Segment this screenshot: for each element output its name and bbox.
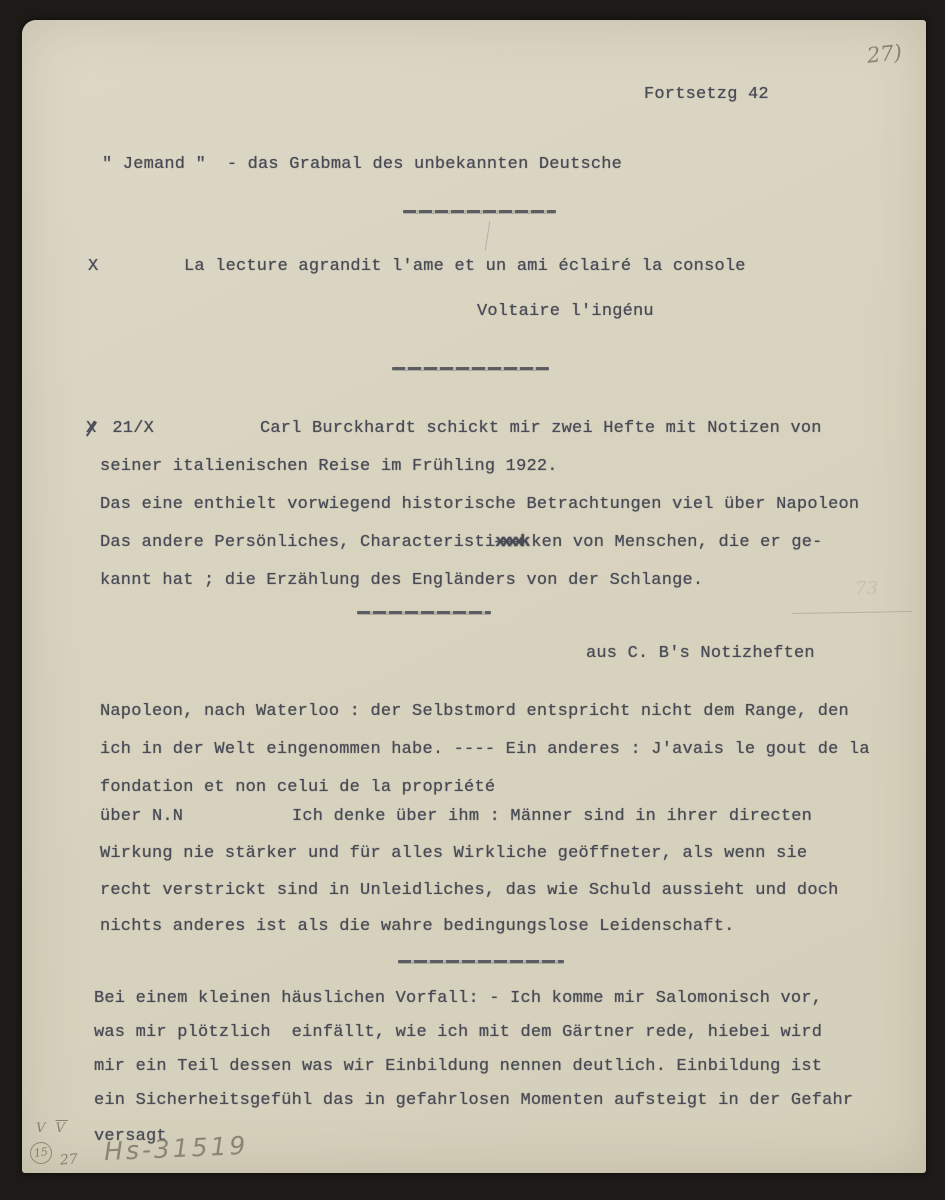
entry-line-5: kannt hat ; die Erzählung des Engländers…	[100, 572, 703, 589]
ueber-nn-line-4: nichts anderes ist als die wahre bedingu…	[100, 918, 735, 935]
napoleon-line-3: fondation et non celui de la propriété	[100, 779, 495, 796]
entry-date-marker: X21/X	[86, 420, 154, 437]
napoleon-line-2: ich in der Welt eingenommen habe. ---- E…	[100, 741, 870, 758]
slashed-x-mark: X	[86, 420, 96, 437]
entry-line-3: Das eine enthielt vorwiegend historische…	[100, 496, 859, 513]
page-header-label: Fortsetzg 42	[644, 86, 769, 103]
epigraph-line: La lecture agrandit l'ame et un ami écla…	[184, 258, 746, 275]
entry-date: 21/X	[112, 419, 154, 438]
entry-line-4-before: Das andere Persönliches, Characteristi	[100, 533, 495, 552]
ueber-nn-label: über N.N	[100, 808, 183, 825]
scratch-mark	[485, 221, 491, 251]
overtyped-correction: xxxxk	[495, 533, 526, 552]
archive-sigla: V V	[36, 1122, 68, 1135]
typed-rule-1	[403, 210, 556, 213]
entry-line-4-after: ken von Menschen, die er ge-	[531, 533, 822, 552]
document-page: 27) Fortsetzg 42 " Jemand " - das Grabma…	[22, 20, 926, 1173]
typed-rule-2	[392, 367, 549, 370]
faint-pencil-note: 73	[855, 580, 878, 598]
typed-rule-4	[398, 960, 564, 963]
vorfall-line-4: ein Sicherheitsgefühl das in gefahrlosen…	[94, 1092, 853, 1109]
shelfmark: Hs-31519	[104, 1133, 249, 1164]
vorfall-line-3: mir ein Teil dessen was wir Einbildung n…	[94, 1058, 822, 1075]
circled-number: 15	[29, 1141, 54, 1166]
faint-pencil-line	[792, 611, 912, 614]
margin-number: 27	[60, 1152, 79, 1167]
ueber-nn-line-3: recht verstrickt sind in Unleidliches, d…	[100, 882, 839, 899]
napoleon-line-1: Napoleon, nach Waterloo : der Selbstmord…	[100, 703, 849, 720]
entry-line-1: Carl Burckhardt schickt mir zwei Hefte m…	[260, 420, 822, 437]
epigraph-marker: X	[88, 258, 98, 275]
ueber-nn-line-2: Wirkung nie stärker und für alles Wirkli…	[100, 845, 807, 862]
title-line: " Jemand " - das Grabmal des unbekannten…	[102, 156, 622, 173]
vorfall-line-2: was mir plötzlich einfällt, wie ich mit …	[94, 1024, 822, 1041]
notes-source-line: aus C. B's Notizheften	[586, 645, 815, 662]
entry-line-2: seiner italienischen Reise im Frühling 1…	[100, 458, 558, 475]
epigraph-attribution: Voltaire l'ingénu	[477, 303, 654, 320]
vorfall-line-1: Bei einem kleinen häuslichen Vorfall: - …	[94, 990, 822, 1007]
sigla-second-overlined: V	[56, 1121, 68, 1136]
pencil-corner-note: 27)	[866, 42, 903, 67]
entry-line-4: Das andere Persönliches, Characteristixx…	[100, 534, 823, 551]
sigla-first: V	[36, 1121, 48, 1136]
typed-rule-3	[357, 611, 491, 614]
ueber-nn-line-1: Ich denke über ihm : Männer sind in ihre…	[292, 808, 812, 825]
